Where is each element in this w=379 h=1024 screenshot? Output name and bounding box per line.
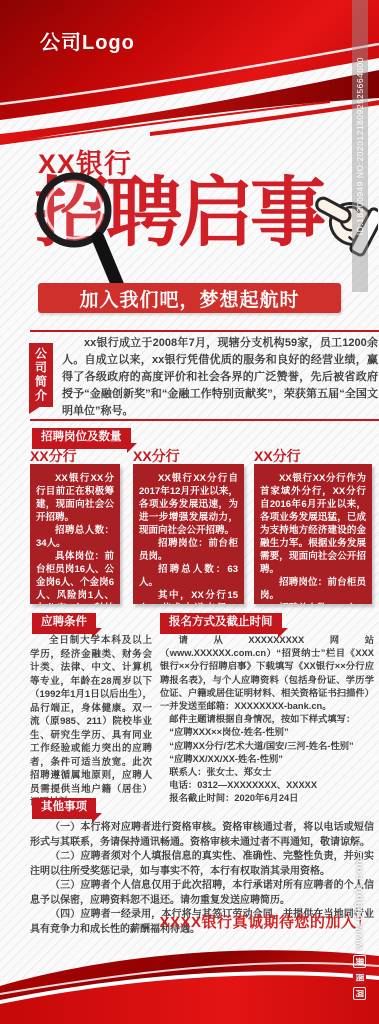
branch-title: XX分行 xyxy=(254,446,301,466)
application-paragraph: “应聘XX/XX/XX-姓名-性别” xyxy=(160,753,374,766)
branch-paragraph: XX银行XX分行目前正在积极筹建，现面向社会公开招聘。 xyxy=(36,472,114,524)
stock-site-url: www.699pic.com xyxy=(354,856,365,950)
stock-id-text: ID:18200949 NO:20201218092525664000 xyxy=(355,57,365,235)
branch-title: XX分行 xyxy=(133,446,180,466)
application-paragraph: “应聘XX分行/艺术大道/国安/三河-姓名-性别” xyxy=(160,740,374,753)
others-item: （三）应聘者个人信息仅用于此次招聘，本行承诺对所有应聘者的个人信息予以保密，应聘… xyxy=(30,879,374,908)
slogan-banner: 加入我们吧，梦想起航时 xyxy=(38,283,341,313)
magnifier-icon xyxy=(34,168,126,300)
stock-logo-char-icon: 图 xyxy=(353,971,366,984)
branch-paragraph: 招聘岗位：前台柜员岗。 xyxy=(139,537,238,563)
branch-paragraph: 招聘岗位：前台柜员岗。 xyxy=(260,576,366,602)
divider-bottom xyxy=(30,419,379,421)
profile-text: xx银行成立于2008年7月，现辖分支机构59家，员工1200余人。自成立以来，… xyxy=(62,335,378,420)
branch-title: XX分行 xyxy=(30,446,77,466)
others-tag: 其他事项 xyxy=(32,798,96,819)
branch-paragraph: 其中，XX分行15人，艺术大道支行16人，XX支行16人，XXXXX支行16人。 xyxy=(139,589,238,604)
requirements-text: 全日制大学本科及以上学历，经济金融类、财务会计类、法律、中文、计算机等专业，年龄… xyxy=(30,634,152,810)
others-item: （二）应聘者须对个人填报信息的真实性、准确性、完整性负责，并如实注明以往所受奖惩… xyxy=(30,850,374,879)
requirements-tag: 应聘条件 xyxy=(32,613,96,634)
stock-logo-char-icon: 网 xyxy=(353,987,366,1000)
branch-paragraph: 具体岗位：前台柜员岗16人、公金岗6人、个金岗6人、风险岗1人、办公室2人、科技… xyxy=(36,550,114,604)
profile-tag: 公司简介 xyxy=(29,343,53,407)
application-text: 请从XXXXXXXXX网站（www.XXXXXX.com.cn）“招贤纳士”栏目… xyxy=(160,634,374,806)
branch-paragraph: XX银行XX分行作为首家域外分行，XX分行自2016年6月开业以来，各项业务发展… xyxy=(260,472,366,576)
branch-paragraph: XX银行XX分行自2017年12月开业以来，各项业务发展迅速，为进一步增强发展动… xyxy=(139,472,238,537)
stock-id-watermark: ID:18200949 NO:20201218092525664000 xyxy=(352,0,368,292)
branch-box: XX银行XX分行作为首家域外分行，XX分行自2016年6月开业以来，各项业务发展… xyxy=(254,464,372,604)
header-wave-art xyxy=(0,0,379,152)
application-tag: 报名方式及截止时间 xyxy=(160,613,282,634)
slogan-text: 加入我们吧，梦想起航时 xyxy=(79,285,299,312)
branch-paragraph: 招聘总人数：40人。 xyxy=(260,602,366,604)
divider-top xyxy=(30,330,379,332)
application-deadline: 报名截止时间：2020年6月24日 xyxy=(160,792,374,805)
company-logo: 公司Logo xyxy=(40,26,135,55)
recruitment-poster: 公司Logo XX银行 招聘启事 加入我们吧，梦想起航时 公司简介 xx银行成立… xyxy=(0,0,379,1024)
branch-box: XX银行XX分行目前正在积极筹建，现面向社会公开招聘。 招聘总人数：34人。 具… xyxy=(30,464,120,604)
stock-site-watermark: © www.699pic.com 摄 图 网 xyxy=(349,838,369,1000)
branch-box: XX银行XX分行自2017年12月开业以来，各项业务发展迅速，为进一步增强发展动… xyxy=(133,464,244,604)
application-paragraph: 邮件主题请根据自身情况，按如下样式填写： xyxy=(160,713,374,726)
stock-site-logo: 摄 图 网 xyxy=(353,955,366,1000)
copyright-icon: © xyxy=(352,838,367,853)
others-item: （一）本行将对应聘者进行资格审核。资格审核通过者，将以电话或短信形式与其联系，务… xyxy=(30,821,374,850)
branch-paragraph: 招聘总人数：34人。 xyxy=(36,524,114,550)
branch-paragraph: 招聘总人数：63人。 xyxy=(139,563,238,589)
application-phone: 电话：0312—XXXXXXXX、XXXXX xyxy=(160,779,374,792)
application-paragraph: “应聘XXX××岗位-姓名-性别” xyxy=(160,726,374,739)
footer-wave-art xyxy=(0,928,379,1024)
application-paragraph: 请从XXXXXXXXX网站（www.XXXXXX.com.cn）“招贤纳士”栏目… xyxy=(160,634,374,713)
stock-logo-char-icon: 摄 xyxy=(353,955,366,968)
application-contact: 联系人：张女士、郑女士 xyxy=(160,766,374,779)
